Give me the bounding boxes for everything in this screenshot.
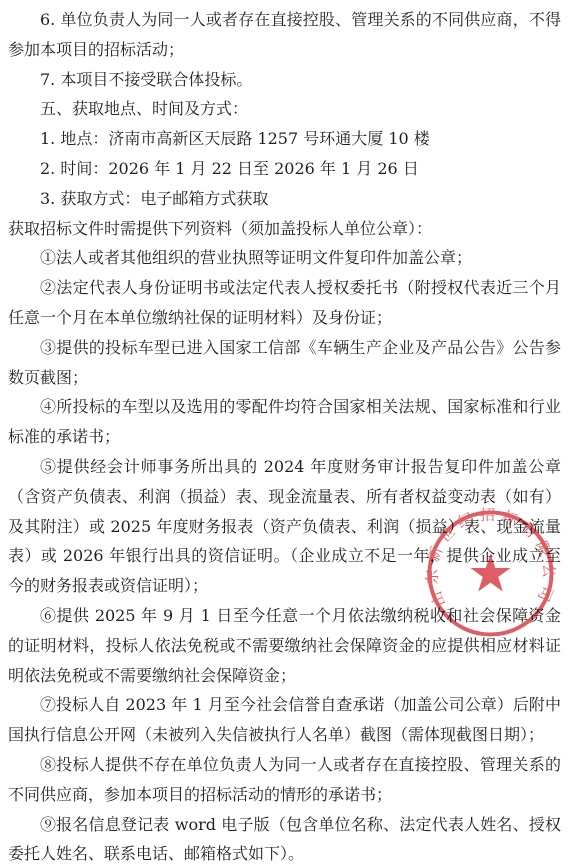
material-item-3: ③提供的投标车型已进入国家工信部《车辆生产企业及产品公告》公告参数页截图； (8, 333, 561, 393)
obtain-location: 1. 地点：济南市高新区天辰路 1257 号环通大厦 10 楼 (8, 124, 561, 154)
clause-7: 7. 本项目不接受联合体投标。 (8, 65, 561, 95)
section-5-heading: 五、获取地点、时间及方式： (8, 94, 561, 124)
material-item-6: ⑥提供 2025 年 9 月 1 日至今任意一个月依法缴纳税收和社会保障资金的证… (8, 601, 561, 690)
clause-6: 6. 单位负责人为同一人或者存在直接控股、管理关系的不同供应商，不得参加本项目的… (8, 5, 561, 65)
material-item-4: ④所投标的车型以及选用的零配件均符合国家相关法规、国家标准和行业标准的承诺书； (8, 392, 561, 452)
material-item-5: ⑤提供经会计师事务所出具的 2024 年度财务审计报告复印件加盖公章（含资产负债… (8, 452, 561, 601)
materials-intro: 获取招标文件时需提供下列资料（须加盖投标人单位公章）： (8, 214, 561, 244)
material-item-2: ②法定代表人身份证明书或法定代表人授权委托书（附授权代表近三个月任意一个月在本单… (8, 273, 561, 333)
tender-document-page: 6. 单位负责人为同一人或者存在直接控股、管理关系的不同供应商，不得参加本项目的… (0, 0, 569, 868)
material-item-8: ⑧投标人提供不存在单位负责人为同一人或者存在直接控股、管理关系的不同供应商，参加… (8, 750, 561, 810)
material-item-1: ①法人或者其他组织的营业执照等证明文件复印件加盖公章； (8, 243, 561, 273)
material-item-7: ⑦投标人自 2023 年 1 月至今社会信誉自查承诺（加盖公司公章）后附中国执行… (8, 690, 561, 750)
obtain-method: 3. 获取方式：电子邮箱方式获取 (8, 184, 561, 214)
material-item-9: ⑨报名信息登记表 word 电子版（包含单位名称、法定代表人姓名、授权委托人姓名… (8, 810, 561, 868)
obtain-time: 2. 时间：2026 年 1 月 22 日至 2026 年 1 月 26 日 (8, 154, 561, 184)
